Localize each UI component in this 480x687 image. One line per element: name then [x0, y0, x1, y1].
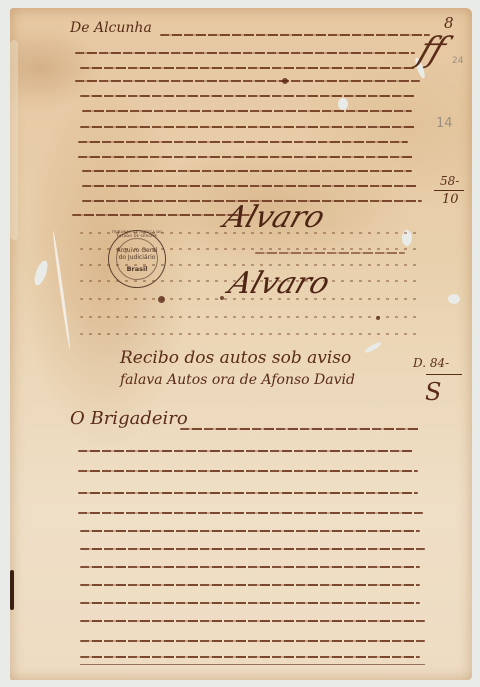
handwritten-line: [80, 640, 425, 642]
signature-1: Alvaro: [219, 200, 329, 235]
signature-underline: [255, 252, 405, 254]
fee-note-rule: [434, 190, 464, 191]
stamp-ring-text: TRIBUNAL DE JUSTIÇA DO ESTADO DE SERGIPE: [109, 230, 165, 238]
handwritten-line: [82, 110, 412, 112]
handwritten-line: [80, 656, 420, 658]
handwritten-line: [82, 170, 412, 172]
handwritten-line: [75, 80, 420, 82]
flourish-mark: S: [425, 378, 441, 406]
handwritten-line: [80, 67, 415, 69]
pencil-note-top: 24: [452, 56, 463, 66]
ink-spot: [158, 296, 165, 303]
fee-note-second: D. 84-: [413, 356, 449, 370]
handwritten-line: [75, 52, 415, 54]
handwritten-line: [80, 126, 415, 128]
handwritten-line: [180, 428, 420, 430]
pencil-note-middle: 14: [436, 116, 453, 131]
stamp-line-1: Arquivo Geral: [109, 247, 165, 254]
ruled-line: [80, 316, 420, 318]
fee-note-bottom: 10: [442, 192, 459, 207]
fee-note-top: 58-: [440, 174, 459, 188]
handwritten-line: [80, 584, 420, 586]
handwritten-line: [78, 450, 413, 452]
paper-tear: [448, 294, 460, 304]
handwritten-line: [80, 602, 420, 604]
ink-spot: [220, 296, 224, 300]
handwritten-line: [82, 185, 417, 187]
ink-spot: [376, 316, 380, 320]
handwritten-line: [78, 141, 408, 143]
handwritten-line: [80, 95, 415, 97]
handwritten-line: [80, 566, 420, 568]
handwritten-line: [78, 470, 418, 472]
handwritten-line: [78, 512, 423, 514]
signature-2: Alvaro: [224, 266, 334, 301]
handwritten-line: [80, 548, 425, 550]
page-edge-damage: [10, 570, 14, 610]
handwritten-line: [80, 530, 420, 532]
second-heading-line-1: Recibo dos autos sob aviso: [120, 348, 351, 368]
handwritten-line: [78, 156, 414, 158]
opening-word: De Alcunha: [70, 20, 152, 36]
archive-stamp: TRIBUNAL DE JUSTIÇA DO ESTADO DE SERGIPE…: [108, 230, 166, 288]
paper-tear: [338, 98, 348, 110]
ruled-line: [80, 333, 420, 335]
handwritten-line: [78, 492, 418, 494]
paper-tear: [10, 40, 18, 240]
handwritten-line: [80, 620, 425, 622]
opening-word: O Brigadeiro: [70, 408, 188, 429]
stamp-line-3: Brasil: [109, 265, 165, 273]
fee-note-second-rule: [426, 374, 462, 375]
manuscript-page: [10, 8, 472, 680]
ink-spot: [282, 78, 288, 84]
handwritten-line: [160, 34, 430, 36]
second-heading-line-2: falava Autos ora de Afonso David: [120, 372, 355, 388]
closing-rule: [80, 664, 425, 665]
stamp-line-2: do Judiciário: [109, 254, 165, 261]
